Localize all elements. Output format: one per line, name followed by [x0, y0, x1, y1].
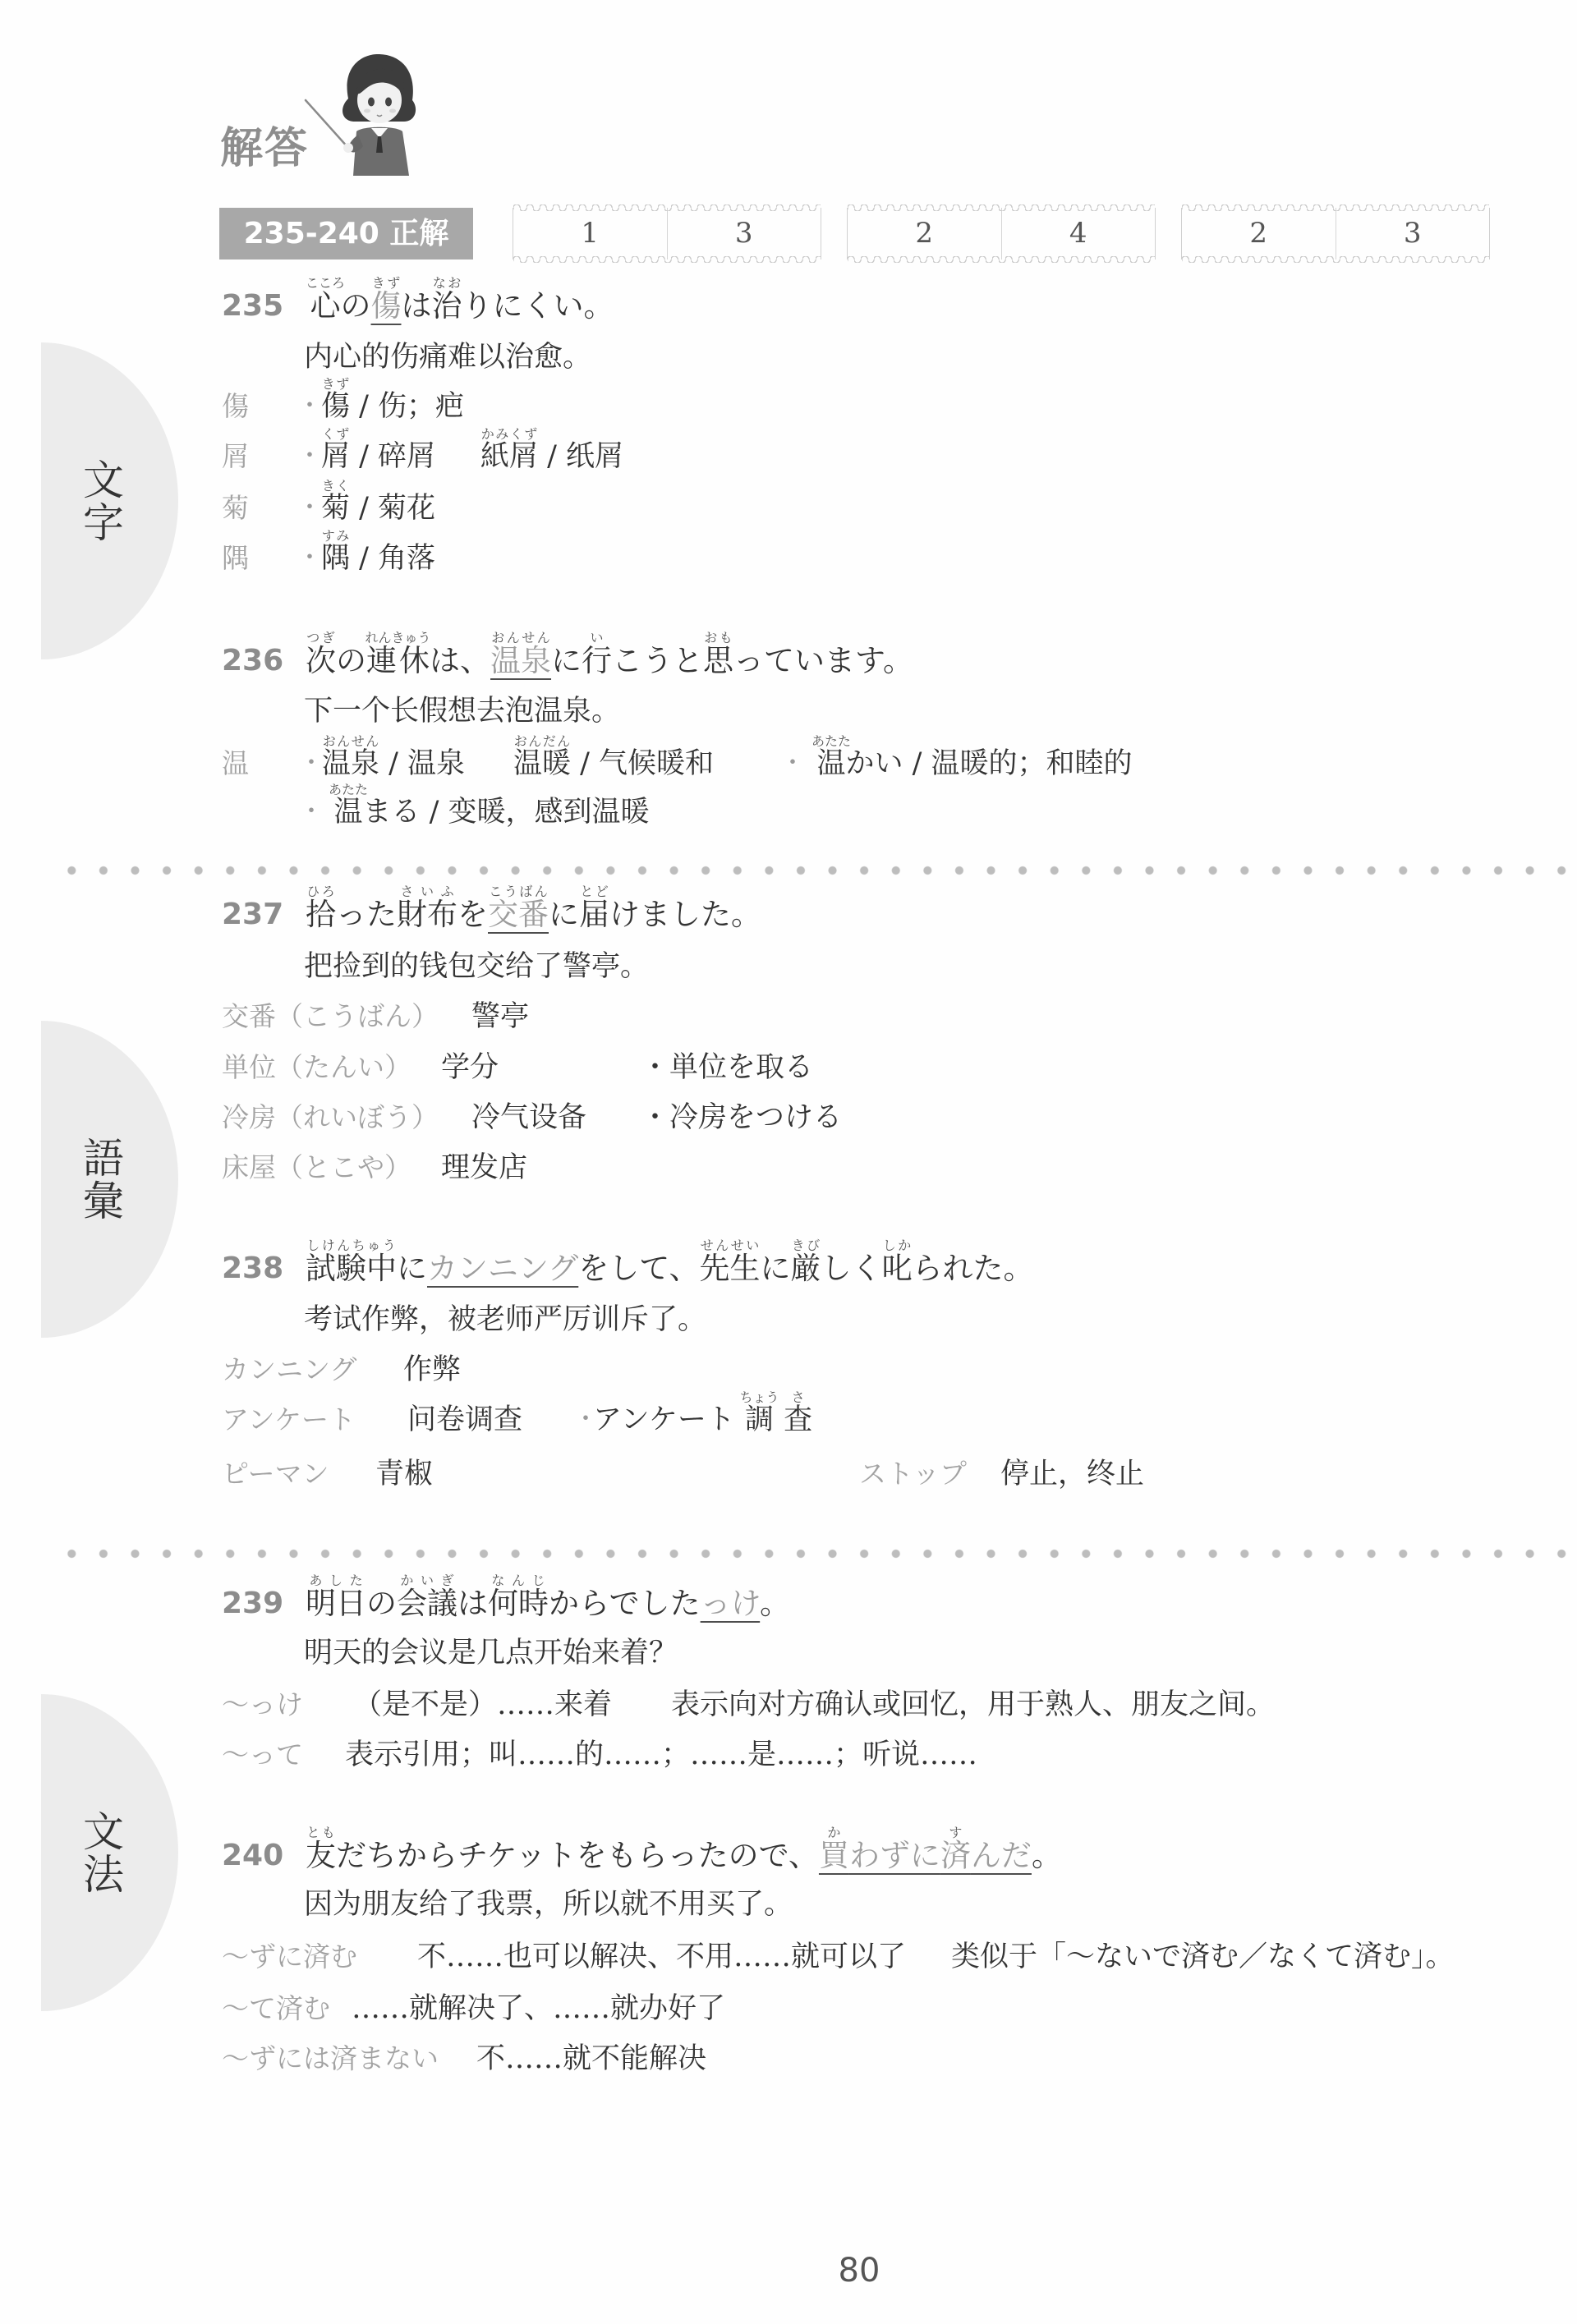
note-meaning: 理发店	[441, 1135, 527, 1201]
answer-cell: 3	[667, 208, 821, 259]
wavy-border	[1182, 256, 1489, 263]
bullet: ・	[297, 526, 322, 591]
answer-highlight: 買かわずに済すんだ	[819, 1838, 1032, 1873]
furigana-word: 友とも	[306, 1838, 336, 1873]
furigana-word: 会議かいぎ	[397, 1586, 457, 1621]
note-row: ～ずには済まない 不……就不能解决	[0, 2026, 1577, 2092]
sentence-text: だちからチケットをもらったので、	[336, 1838, 819, 1873]
furigana-word: 行い	[582, 643, 612, 678]
wavy-border	[848, 256, 1155, 263]
sentence-text: っています。	[733, 643, 913, 678]
wavy-border	[513, 256, 821, 263]
sentence-text: を	[457, 897, 488, 932]
page-title: 解答	[220, 122, 309, 176]
sentence-text: こうと	[612, 643, 703, 678]
sentence-text: は、	[430, 643, 490, 678]
teacher-girl-pointer-icon	[304, 49, 425, 179]
furigana-word: 次つぎ	[306, 643, 336, 678]
sentence-text: った	[336, 897, 397, 932]
answer-group: 2 3	[1181, 208, 1490, 259]
wavy-border	[1182, 204, 1489, 211]
furigana-word: 叱しか	[882, 1251, 913, 1286]
note-entry: 隅すみ / 角落	[321, 526, 435, 591]
dotted-divider	[56, 866, 1577, 875]
note-term: ～ずには済まない	[222, 2026, 439, 2092]
answer-highlight: っけ	[701, 1586, 761, 1621]
furigana-word: 先生せんせい	[700, 1251, 761, 1286]
note-row: ～って 表示引用；叫……的……；……是……；听说……	[0, 1722, 1577, 1788]
sentence-text: 。	[1032, 1838, 1062, 1873]
answer-highlight: カンニング	[427, 1251, 578, 1286]
note-meaning: 停止，终止	[1000, 1441, 1144, 1507]
page-number: 80	[838, 2250, 880, 2291]
sentence-text: に	[397, 1251, 427, 1286]
furigana-word: 厳きび	[791, 1251, 821, 1286]
furigana-word: 何時なんじ	[488, 1586, 549, 1621]
note-term: 隅	[222, 526, 249, 591]
answer-highlight: 温泉おんせん	[490, 643, 551, 678]
sentence-text: の	[366, 1586, 397, 1621]
answer-group: 2 4	[847, 208, 1156, 259]
sentence-text: は	[457, 1586, 488, 1621]
sentence-text: に	[549, 897, 579, 932]
sentence-text: に	[761, 1251, 791, 1286]
sentence-text: しく	[821, 1251, 882, 1286]
furigana-word: 試験中しけんちゅう	[306, 1251, 397, 1286]
note-meaning: 青椒	[375, 1441, 433, 1507]
sentence-text: られた。	[913, 1251, 1034, 1286]
note-row: 隅 ・ 隅すみ / 角落	[0, 526, 1577, 591]
note-row: ・ 温あたたまる / 变暖，感到温暖	[0, 779, 1577, 845]
wavy-border	[848, 204, 1155, 211]
note-row: 床屋（とこや） 理发店	[0, 1135, 1577, 1201]
answer-cell: 4	[1001, 208, 1156, 259]
answer-cell: 2	[848, 208, 1001, 259]
furigana-word: 思おも	[703, 643, 733, 678]
answer-highlight: 交番こうばん	[488, 897, 549, 932]
sentence-text: けました。	[609, 897, 761, 932]
note-meaning: 表示引用；叫……的……；……是……；听说……	[345, 1722, 977, 1788]
dotted-divider	[56, 1549, 1577, 1559]
sentence-text: からでした	[549, 1586, 701, 1621]
note-entry: 温あたたまる / 变暖，感到温暖	[329, 779, 650, 845]
bullet: ・	[299, 779, 324, 845]
furigana-word: 財布さいふ	[397, 897, 457, 932]
furigana-word: 連休れんきゅう	[366, 643, 430, 678]
note-term: ストップ	[859, 1441, 967, 1507]
furigana-word: 心こころ	[306, 288, 341, 324]
note-meaning: 不……就不能解决	[476, 2026, 706, 2092]
sentence-text: に	[551, 643, 582, 678]
answer-cell: 3	[1336, 208, 1490, 259]
furigana-word: 届とど	[579, 897, 609, 932]
note-row: ピーマン 青椒 ストップ 停止，终止	[0, 1441, 1577, 1507]
answer-group: 1 3	[513, 208, 821, 259]
furigana-word: 明日あした	[306, 1586, 366, 1621]
furigana-word: 治なお	[432, 288, 462, 324]
sentence-text: りにくい。	[462, 288, 614, 324]
sentence-text: の	[341, 288, 371, 324]
furigana-word: 拾ひろ	[306, 897, 336, 932]
wavy-border	[513, 204, 821, 211]
answer-highlight: 傷きず	[371, 288, 402, 324]
sentence-text: をして、	[578, 1251, 699, 1286]
note-term: ～って	[222, 1722, 303, 1788]
answer-cell: 1	[513, 208, 667, 259]
note-term: 床屋（とこや）	[222, 1135, 411, 1201]
note-term: ピーマン	[222, 1441, 329, 1507]
sentence-text: 。	[760, 1586, 790, 1621]
answer-range-label: 235-240 正解	[219, 208, 473, 259]
answer-cell: 2	[1182, 208, 1336, 259]
sentence-text: の	[336, 643, 366, 678]
sentence-text: は	[402, 288, 432, 324]
